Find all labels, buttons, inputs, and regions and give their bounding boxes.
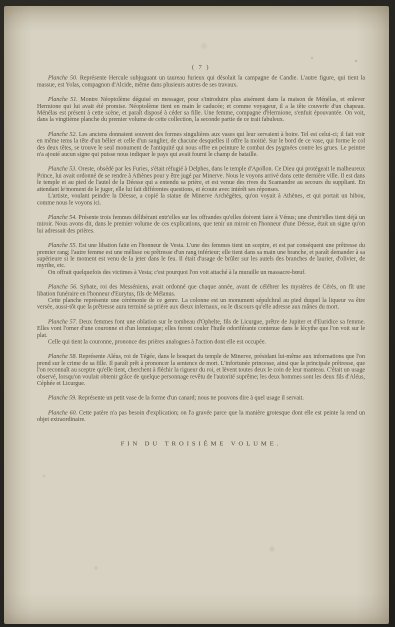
fin-line: FIN DU TROISIÈME VOLUME. bbox=[37, 440, 365, 447]
planche-paragraph: Planche 51. Montre Néoptolème déguisé en… bbox=[37, 96, 365, 123]
planche-label: Planche 52. bbox=[48, 130, 77, 137]
planche-label: Planche 54. bbox=[48, 213, 77, 220]
planche-entry: Planche 51. Montre Néoptolème déguisé en… bbox=[37, 96, 365, 123]
planche-paragraph: Cette planche représente une cérémonie d… bbox=[37, 297, 365, 310]
planche-paragraph: Planche 50. Représente Hercule subjuguan… bbox=[37, 75, 365, 88]
planche-label: Planche 50. bbox=[48, 74, 78, 81]
planche-paragraph: Planche 57. Deux femmes font une oblatio… bbox=[37, 318, 365, 338]
planche-entry: Planche 57. Deux femmes font une oblatio… bbox=[37, 318, 365, 345]
planche-paragraph: Planche 53. Oreste, obsédé par les Furie… bbox=[37, 166, 365, 193]
planche-entry: Planche 55. Est une libation faite en l'… bbox=[37, 242, 365, 276]
planche-label: Planche 59. bbox=[48, 394, 77, 401]
planche-paragraph: Planche 60. Cette patère n'a pas besoin … bbox=[37, 409, 365, 422]
page-number: ( 7 ) bbox=[37, 64, 365, 71]
planche-paragraph: Planche 58. Représente Aléus, roi de Tég… bbox=[37, 353, 365, 387]
planche-paragraph: Celle qui tient la couronne, prononce de… bbox=[37, 339, 365, 346]
book-page: ( 7 ) Planche 50. Représente Hercule sub… bbox=[4, 6, 389, 624]
planche-paragraph: Planche 52. Les anciens donnaient souven… bbox=[37, 131, 365, 158]
page-content: ( 7 ) Planche 50. Représente Hercule sub… bbox=[37, 64, 365, 447]
planche-label: Planche 51. bbox=[48, 96, 78, 103]
planche-label: Planche 60. bbox=[48, 409, 77, 416]
planche-label: Planche 57. bbox=[48, 318, 77, 325]
planche-entry: Planche 56. Sybate, roi des Messéniens, … bbox=[37, 284, 365, 311]
planche-entry: Planche 59. Représente un petit vase de … bbox=[37, 395, 365, 402]
planche-entry: Planche 50. Représente Hercule subjuguan… bbox=[37, 75, 365, 88]
planche-entry: Planche 58. Représente Aléus, roi de Tég… bbox=[37, 353, 365, 387]
entries: Planche 50. Représente Hercule subjuguan… bbox=[37, 75, 365, 423]
scan-frame: ( 7 ) Planche 50. Représente Hercule sub… bbox=[0, 0, 395, 627]
planche-paragraph: Planche 55. Est une libation faite en l'… bbox=[37, 242, 365, 269]
planche-paragraph: On offrait quelquefois des victimes à Ve… bbox=[37, 269, 365, 276]
planche-paragraph: L'artiste, voulant peindre la Déesse, a … bbox=[37, 193, 365, 206]
planche-paragraph: Planche 54. Présente trois femmes délibé… bbox=[37, 214, 365, 234]
planche-paragraph: Planche 56. Sybate, roi des Messéniens, … bbox=[37, 284, 365, 297]
planche-label: Planche 55. bbox=[48, 242, 77, 249]
planche-label: Planche 56. bbox=[48, 283, 78, 290]
planche-label: Planche 58. bbox=[48, 353, 77, 360]
planche-paragraph: Planche 59. Représente un petit vase de … bbox=[37, 395, 365, 402]
planche-label: Planche 53. bbox=[48, 165, 77, 172]
planche-entry: Planche 53. Oreste, obsédé par les Furie… bbox=[37, 166, 365, 206]
planche-entry: Planche 52. Les anciens donnaient souven… bbox=[37, 131, 365, 158]
planche-entry: Planche 60. Cette patère n'a pas besoin … bbox=[37, 409, 365, 422]
planche-entry: Planche 54. Présente trois femmes délibé… bbox=[37, 214, 365, 234]
